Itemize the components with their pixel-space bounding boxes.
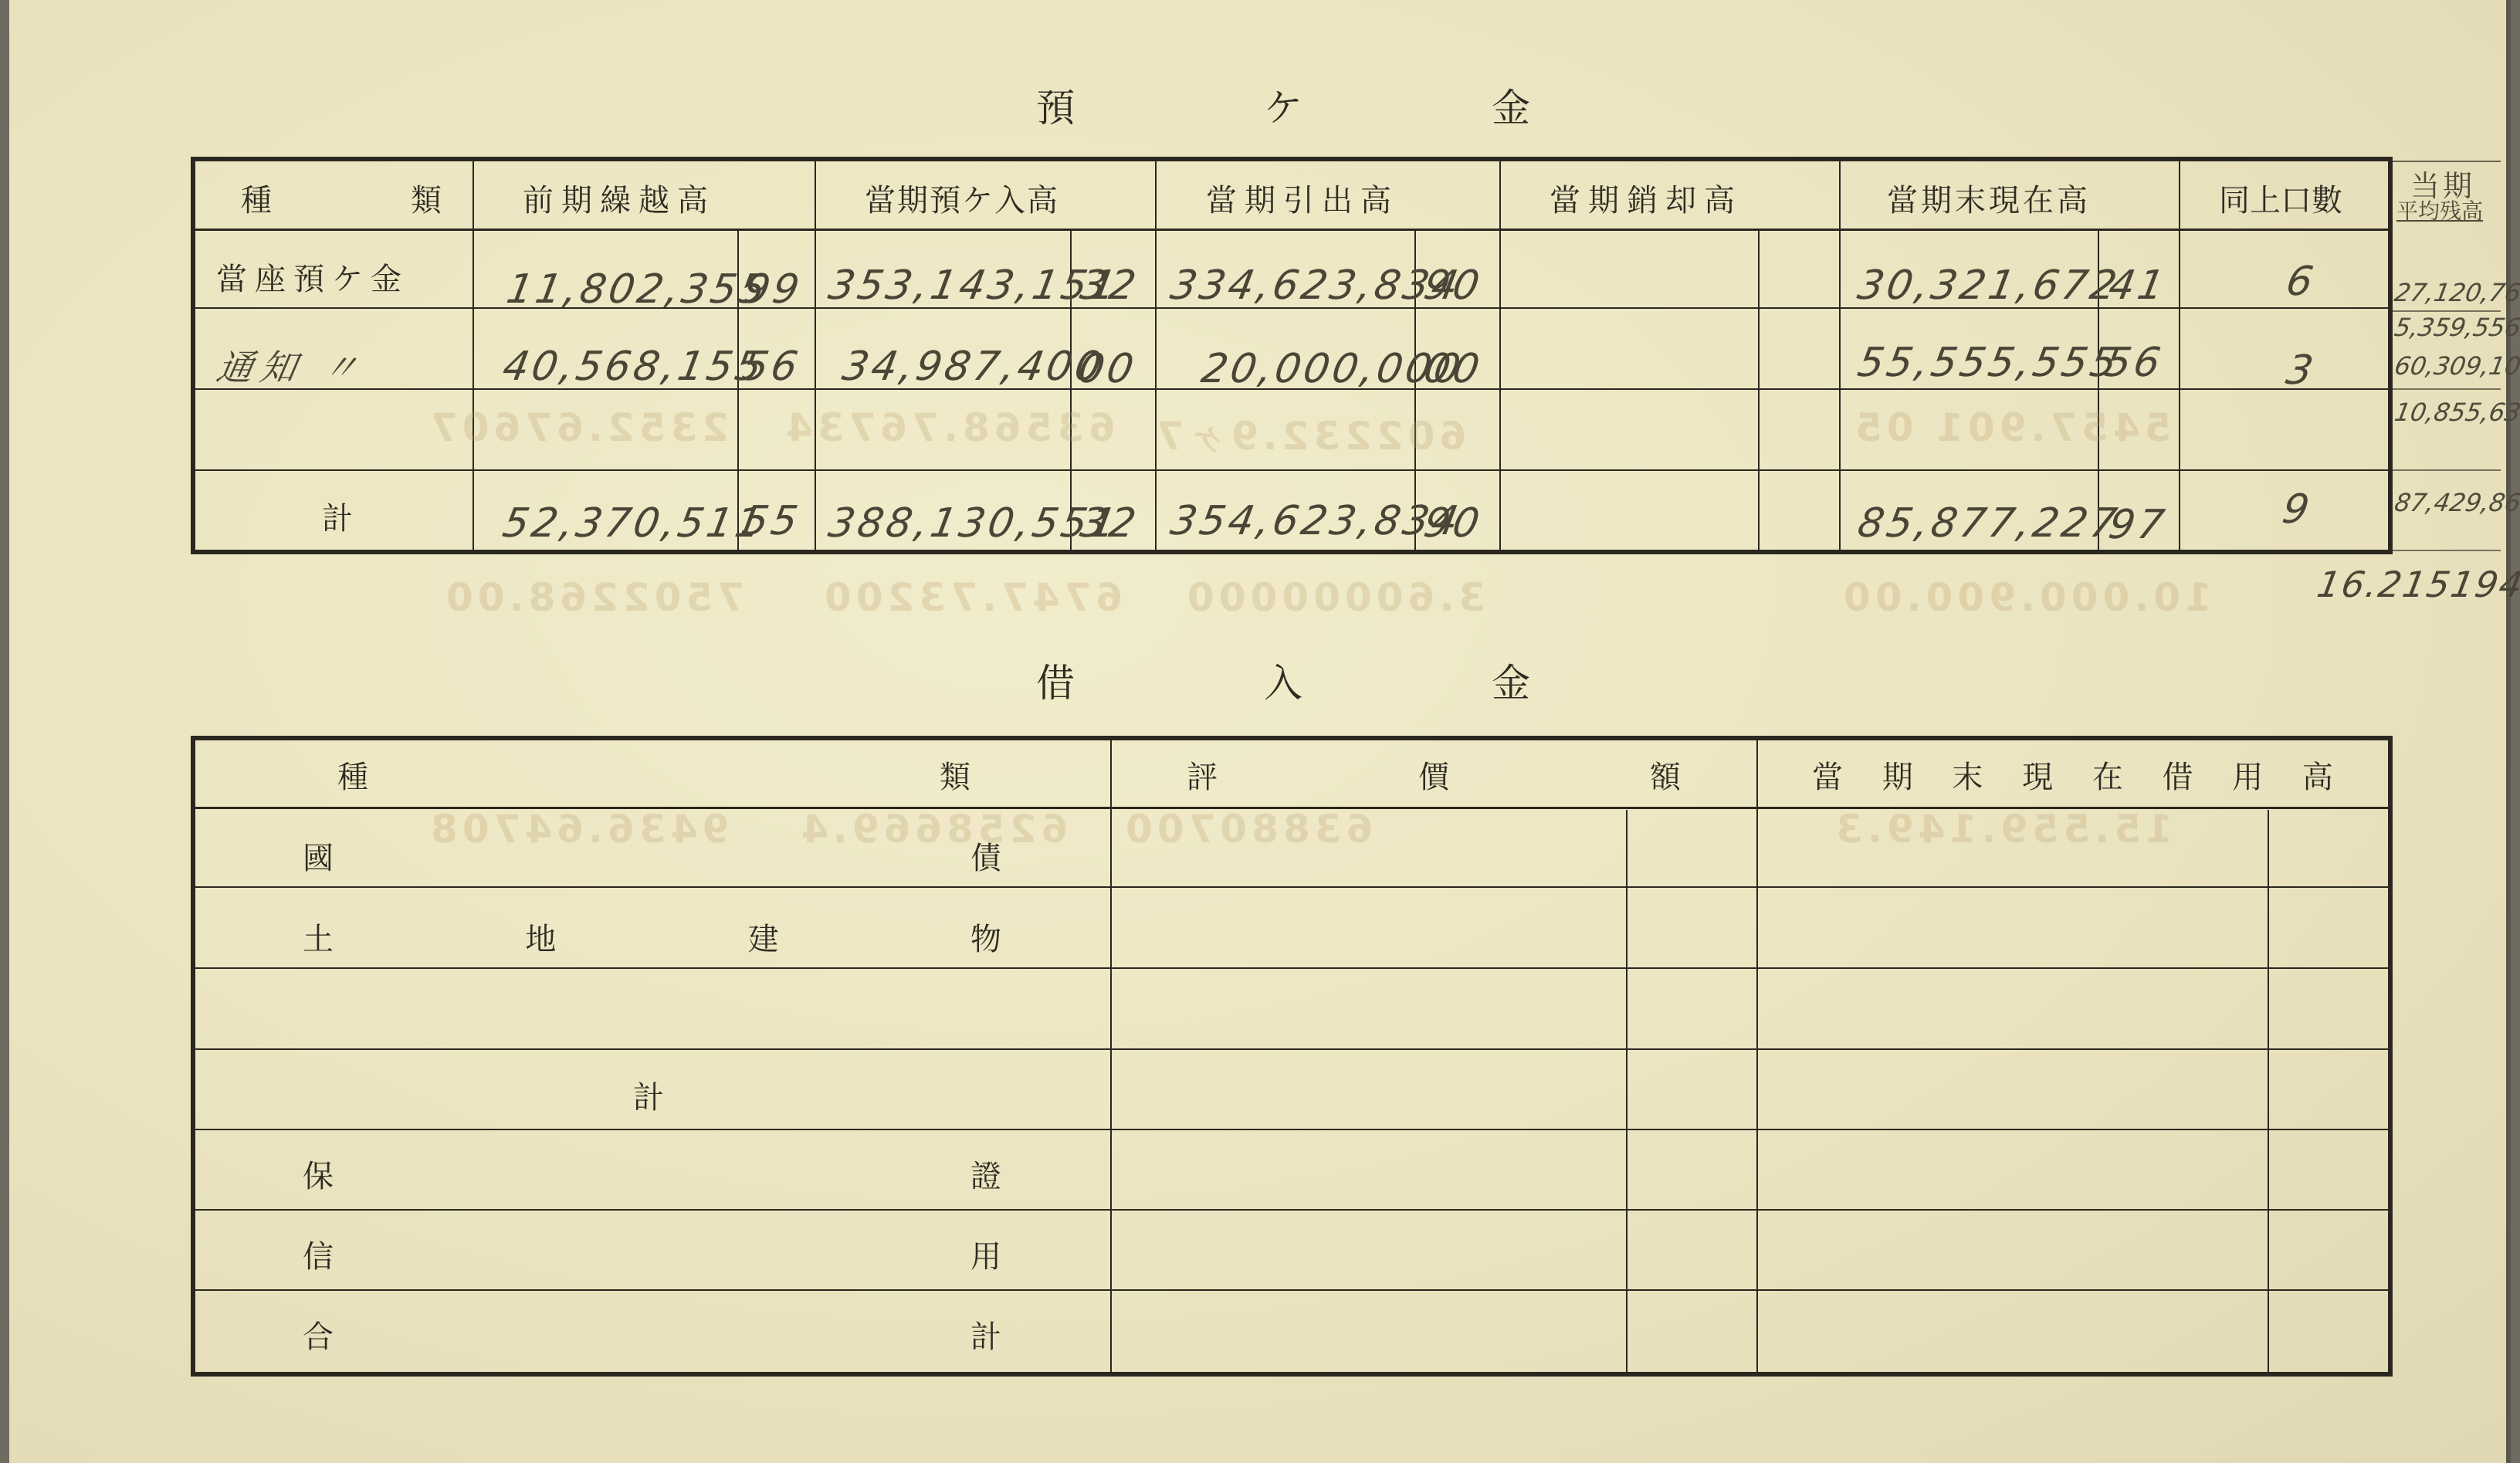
value: 40,568,155 <box>500 344 768 390</box>
header-char: 額 <box>1650 753 1681 797</box>
label-char: 信 <box>303 1232 334 1276</box>
label-char: 保 <box>303 1152 334 1196</box>
label-char: 債 <box>970 834 1001 878</box>
accounts-count: 3 <box>2283 347 2320 394</box>
bleed-through-text: 5457.901 05 <box>1851 405 2172 450</box>
header-char: 當 <box>1812 753 1843 797</box>
value-sen: 56 <box>739 344 804 390</box>
value: 34,987,400 <box>839 344 1108 390</box>
title-char: 金 <box>1492 77 1530 133</box>
header-valuation: 評 價 額 <box>1187 753 1681 797</box>
header-char: 評 <box>1187 753 1218 797</box>
header-type: 種 類 <box>337 753 970 797</box>
label-char: 土 <box>303 915 334 959</box>
header-char: 期 <box>1882 753 1913 797</box>
bleed-through-text: 63880700 <box>1121 807 1373 852</box>
header-accounts: 同上口數 <box>2219 176 2342 220</box>
row-label-subtotal: 計 <box>633 1073 664 1117</box>
bleed-through-text: 7502268.00 <box>442 575 744 620</box>
header-char: 用 <box>2232 753 2263 797</box>
header-write-off: 當期銷却高 <box>1550 176 1743 220</box>
row-label-land-buildings: 土 地 建 物 <box>303 915 1001 959</box>
row-label-guarantee: 保 證 <box>303 1152 1001 1196</box>
title-char: 入 <box>1264 652 1302 708</box>
accounts-count: 9 <box>2279 486 2316 533</box>
label-char: 建 <box>748 915 779 959</box>
header-char: 高 <box>2302 753 2333 797</box>
label-char: 證 <box>970 1152 1001 1196</box>
value: 52,370,511 <box>500 500 768 547</box>
bleed-through-text: 602232.9ヶ7 <box>1152 405 1466 461</box>
row-label-government-bonds: 國 債 <box>303 834 1001 878</box>
header-balance: 當 期 末 現 在 借 用 高 <box>1812 753 2333 797</box>
value-sen: 00 <box>1421 346 1486 392</box>
avg-balance-value: 10,855,638 <box>2393 398 2520 427</box>
scanned-ledger-page: 預 ケ 金 種 類 前期繰越高 當期預ケ入高 <box>9 0 2511 1463</box>
header-char: 現 <box>2022 753 2053 797</box>
row-label-credit: 信 用 <box>303 1232 1001 1276</box>
value-sen: 00 <box>1075 346 1140 392</box>
label-char: 物 <box>970 915 1001 959</box>
label-char: 計 <box>970 1312 1001 1356</box>
header-char: 在 <box>2092 753 2123 797</box>
header-char: 借 <box>2163 753 2193 797</box>
label-char: 地 <box>525 915 556 959</box>
title-char: ケ <box>1264 77 1302 133</box>
avg-balance-value: 27,120,764 <box>2393 278 2520 307</box>
value: 85,877,227 <box>1854 500 2123 547</box>
row-label-current-deposit: 當座預ケ金 <box>216 255 409 299</box>
bleed-through-text: 3.60000000 <box>1183 575 1485 620</box>
value-sen: 32 <box>1077 262 1143 309</box>
avg-balance-value: 5,359,556 <box>2393 313 2520 342</box>
header-type: 種 類 <box>241 176 442 220</box>
title-char: 借 <box>1036 652 1075 708</box>
bleed-through-text: 2352.67607 <box>426 405 729 450</box>
value: 55,555,555 <box>1854 340 2123 386</box>
value-sen: 90 <box>1421 500 1486 547</box>
label-char: 用 <box>970 1232 1001 1276</box>
margin-note: 16.215194. <box>2314 564 2520 605</box>
title-char: 金 <box>1492 652 1530 708</box>
bleed-through-text: 15.559.149.3 <box>1831 807 2173 852</box>
bleed-through-text: 6747.73200 <box>820 575 1123 620</box>
header-char: 種 <box>241 176 272 220</box>
deposits-title: 預 ケ 金 <box>1036 77 1530 133</box>
avg-balance-value: 60,309,101 <box>2393 351 2520 381</box>
row-label-grand-total: 合 計 <box>303 1312 1001 1356</box>
header-char: 類 <box>411 176 442 220</box>
label-char: 合 <box>303 1312 334 1356</box>
value: 354,623,834 <box>1167 498 1465 544</box>
header-deposits-in: 當期預ケ入高 <box>865 176 1059 220</box>
title-char: 預 <box>1036 77 1075 133</box>
accounts-count: 6 <box>2283 259 2320 305</box>
value-sen: 90 <box>1421 262 1486 309</box>
header-char: 末 <box>1952 753 1983 797</box>
header-char: 類 <box>940 753 970 797</box>
value-sen: 56 <box>2102 340 2167 386</box>
borrowings-title: 借 入 金 <box>1036 652 1530 708</box>
header-char: 價 <box>1418 753 1449 797</box>
value: 334,623,834 <box>1167 262 1465 309</box>
bleed-through-text: 63568.76734 <box>781 405 1116 450</box>
bleed-through-text: 10.000.900.00 <box>1839 575 2212 620</box>
value-sen: 99 <box>740 266 806 313</box>
value: 11,802,355 <box>503 266 772 313</box>
header-withdrawals: 當期引出高 <box>1206 176 1399 220</box>
header-char: 種 <box>337 753 368 797</box>
header-balance: 當期末現在高 <box>1887 176 2091 220</box>
row-label-total: 計 <box>322 494 353 538</box>
value-sen: 32 <box>1077 500 1143 547</box>
value-sen: 55 <box>739 498 804 544</box>
value-sen: 97 <box>2105 502 2171 548</box>
header-carried-forward: 前期繰越高 <box>523 176 716 220</box>
avg-balance-header-line2: 平均残高 <box>2396 195 2483 225</box>
label-char: 國 <box>303 834 334 878</box>
value: 30,321,672 <box>1854 262 2123 309</box>
value-sen: 41 <box>2105 262 2171 309</box>
avg-balance-total: 87,429,865 <box>2393 488 2520 517</box>
row-label-notice-deposit: 通知 〃 <box>213 340 371 391</box>
